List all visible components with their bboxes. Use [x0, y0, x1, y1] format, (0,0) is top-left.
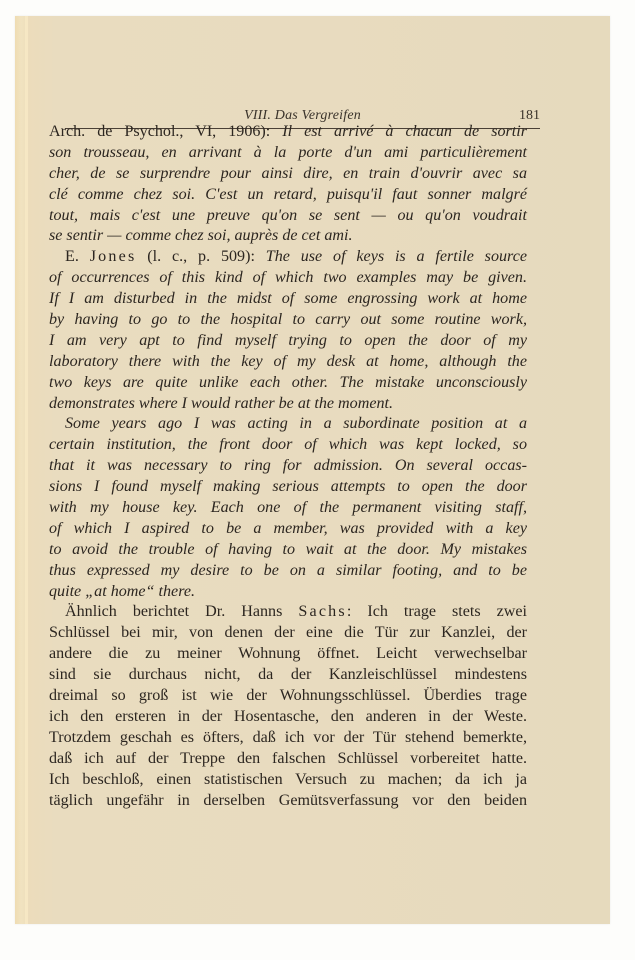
text-run: E.: [65, 248, 90, 265]
text-line: daß ich auf der Treppe den falschen Schl…: [49, 749, 527, 770]
text-run: Arch. de Psychol., VI, 1906):: [49, 123, 282, 140]
text-line: If I am disturbed in the midst of some e…: [49, 289, 527, 310]
text-run: quite „at home“ there.: [49, 583, 195, 600]
text-line: Trotzdem geschah es öfters, daß ich vor …: [49, 728, 527, 749]
text-run: that it was necessary to ring for admiss…: [49, 457, 527, 474]
text-run: thus expressed my desire to be on a simi…: [49, 562, 527, 579]
text-line: andere die zu meiner Wohnung öffnet. Lei…: [49, 644, 527, 665]
text-run: (l. c., p. 509):: [136, 248, 265, 265]
text-run: of which I aspired to be a member, was p…: [49, 520, 527, 537]
text-line: ich den ersteren in der Hosentasche, den…: [49, 707, 527, 728]
text-line: täglich ungefähr in derselben Gemütsverf…: [49, 791, 527, 812]
text-line: thus expressed my desire to be on a simi…: [49, 561, 527, 582]
text-run: Some years ago I was acting in a subordi…: [65, 415, 527, 432]
text-line: cher, de se surprendre pour ainsi dire, …: [49, 164, 527, 185]
text-line: of occurrences of this kind of which two…: [49, 268, 527, 289]
text-line: clé comme chez soi. C'est un retard, pui…: [49, 185, 527, 206]
author-name: Jones: [90, 248, 137, 265]
text-line: Schlüssel bei mir, von denen der eine di…: [49, 623, 527, 644]
text-line: certain institution, the front door of w…: [49, 435, 527, 456]
text-run: demonstrates where I would rather be at …: [49, 395, 393, 412]
text-run: daß ich auf der Treppe den falschen Schl…: [49, 750, 527, 767]
text-line: Ich beschloß, einen statistischen Versuc…: [49, 770, 527, 791]
text-line: sions I found myself making serious atte…: [49, 477, 527, 498]
text-run: Ähnlich berichtet Dr. Hanns: [65, 603, 298, 620]
text-line: sind sie durchaus nicht, da der Kanzleis…: [49, 665, 527, 686]
text-line: two keys are quite unlike each other. Th…: [49, 373, 527, 394]
text-run: Il est arrivé à chacun de sortir: [282, 123, 527, 140]
text-run: by having to go to the hospital to carry…: [49, 311, 527, 328]
body-text: Arch. de Psychol., VI, 1906): Il est arr…: [49, 122, 527, 811]
text-line: laboratory there with the key of my desk…: [49, 352, 527, 373]
text-run: sind sie durchaus nicht, da der Kanzleis…: [49, 666, 527, 683]
text-run: of occurrences of this kind of which two…: [49, 269, 527, 286]
text-line: with my house key. Each one of the perma…: [49, 498, 527, 519]
text-run: : Ich trage stets zwei: [347, 603, 527, 620]
text-line: Some years ago I was acting in a subordi…: [49, 414, 527, 435]
text-run: se sentir — comme chez soi, auprès de ce…: [49, 227, 353, 244]
text-line: son trousseau, en arrivant à la porte d'…: [49, 143, 527, 164]
text-run: Ich beschloß, einen statistischen Versuc…: [49, 771, 527, 788]
text-run: son trousseau, en arrivant à la porte d'…: [49, 144, 527, 161]
author-name: Sachs: [298, 603, 347, 620]
text-run: sions I found myself making serious atte…: [49, 478, 527, 495]
text-line: E. Jones (l. c., p. 509): The use of key…: [49, 247, 527, 268]
text-run: If I am disturbed in the midst of some e…: [49, 290, 527, 307]
text-run: two keys are quite unlike each other. Th…: [49, 374, 527, 391]
text-run: andere die zu meiner Wohnung öffnet. Lei…: [49, 645, 527, 662]
text-run: täglich ungefähr in derselben Gemütsverf…: [49, 792, 527, 809]
text-run: to avoid the trouble of having to wait a…: [49, 541, 527, 558]
text-run: Schlüssel bei mir, von denen der eine di…: [49, 624, 527, 641]
text-line: quite „at home“ there.: [49, 582, 527, 603]
text-run: cher, de se surprendre pour ainsi dire, …: [49, 165, 527, 182]
text-run: I am very apt to find myself trying to o…: [49, 332, 527, 349]
text-line: dreimal so groß ist wie der Wohnungsschl…: [49, 686, 527, 707]
text-line: to avoid the trouble of having to wait a…: [49, 540, 527, 561]
text-line: by having to go to the hospital to carry…: [49, 310, 527, 331]
text-run: with my house key. Each one of the perma…: [49, 499, 527, 516]
text-line: Ähnlich berichtet Dr. Hanns Sachs: Ich t…: [49, 602, 527, 623]
text-line: I am very apt to find myself trying to o…: [49, 331, 527, 352]
text-line: tout, mais c'est une preuve qu'on se sen…: [49, 206, 527, 227]
text-line: that it was necessary to ring for admiss…: [49, 456, 527, 477]
text-line: of which I aspired to be a member, was p…: [49, 519, 527, 540]
text-line: Arch. de Psychol., VI, 1906): Il est arr…: [49, 122, 527, 143]
text-run: clé comme chez soi. C'est un retard, pui…: [49, 186, 527, 203]
text-run: certain institution, the front door of w…: [49, 436, 527, 453]
text-run: laboratory there with the key of my desk…: [49, 353, 527, 370]
text-run: Trotzdem geschah es öfters, daß ich vor …: [49, 729, 527, 746]
text-run: dreimal so groß ist wie der Wohnungsschl…: [49, 687, 527, 704]
text-line: se sentir — comme chez soi, auprès de ce…: [49, 226, 527, 247]
text-line: demonstrates where I would rather be at …: [49, 394, 527, 415]
text-run: tout, mais c'est une preuve qu'on se sen…: [49, 207, 527, 224]
text-run: The use of keys is a fertile source: [266, 248, 527, 265]
text-run: ich den ersteren in der Hosentasche, den…: [49, 708, 527, 725]
